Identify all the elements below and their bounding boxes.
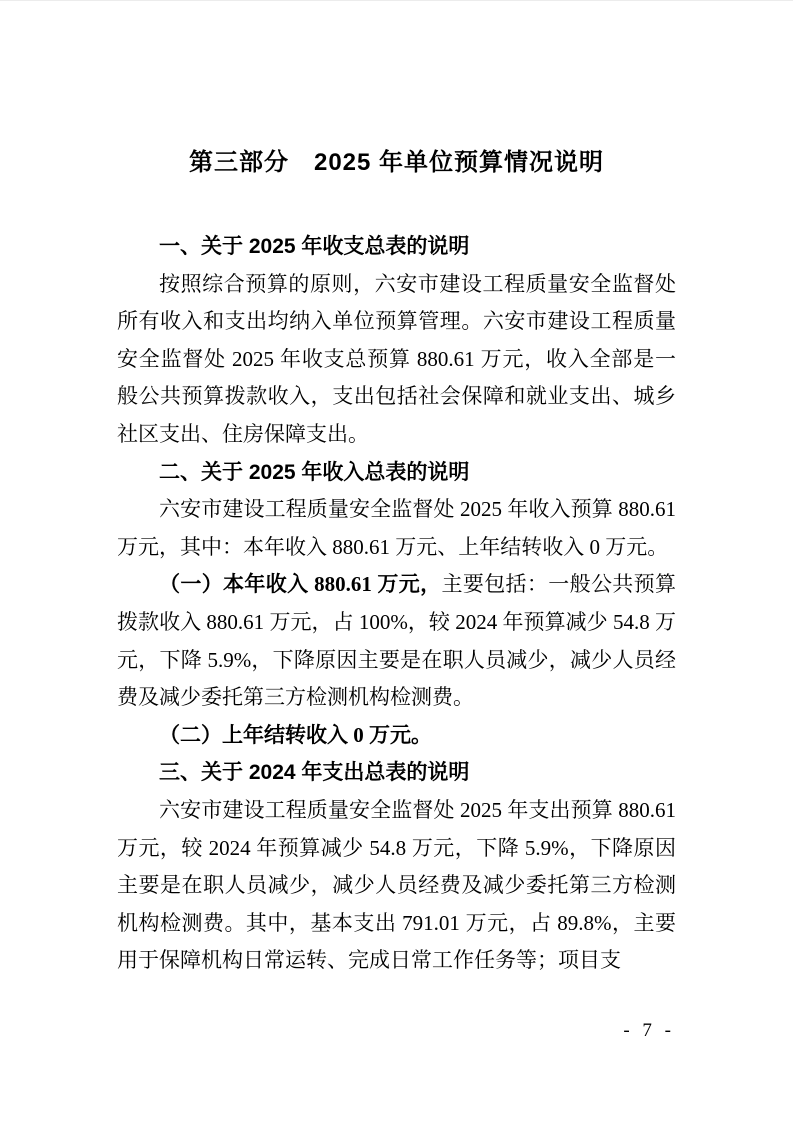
paragraph-budget-overview: 按照综合预算的原则，六安市建设工程质量安全监督处所有收入和支出均纳入单位预算管理…: [117, 266, 676, 454]
page-number: - 7 -: [623, 1019, 675, 1043]
document-page: 第三部分 2025 年单位预算情况说明 一、关于 2025 年收支总表的说明 按…: [0, 0, 793, 1122]
section-heading-income-table: 二、关于 2025 年收入总表的说明: [117, 454, 676, 492]
page-title: 第三部分 2025 年单位预算情况说明: [117, 146, 676, 180]
paragraph-expenditure-summary: 六安市建设工程质量安全监督处 2025 年支出预算 880.61 万元，较 20…: [117, 792, 676, 980]
paragraph-income-summary: 六安市建设工程质量安全监督处 2025 年收入预算 880.61 万元，其中：本…: [117, 491, 676, 566]
section-heading-income-expense-overview: 一、关于 2025 年收支总表的说明: [117, 228, 676, 266]
paragraph-carryover-income: （二）上年结转收入 0 万元。: [117, 717, 676, 755]
current-year-income-lead: （一）本年收入 880.61 万元，: [159, 572, 441, 596]
document-body: 一、关于 2025 年收支总表的说明 按照综合预算的原则，六安市建设工程质量安全…: [117, 228, 676, 980]
paragraph-current-year-income: （一）本年收入 880.61 万元，主要包括：一般公共预算拨款收入 880.61…: [117, 566, 676, 716]
section-heading-expenditure-table: 三、关于 2024 年支出总表的说明: [117, 754, 676, 792]
